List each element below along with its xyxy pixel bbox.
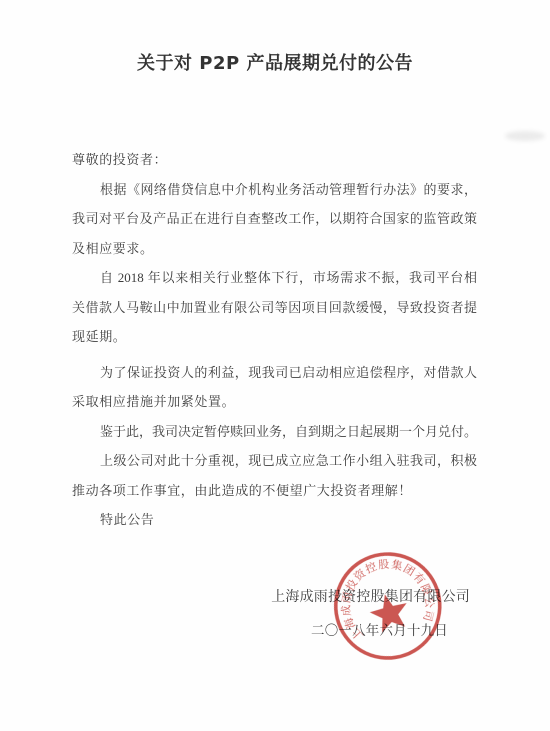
document-title: 关于对 P2P 产品展期兑付的公告 [0,0,550,75]
company-seal: 上海成雨投资控股集团有限公司 [309,527,467,687]
body-line: 为了保证投资人的利益，现我司已启动相应追偿程序，对借款人 [72,358,477,388]
document-body: 尊敬的投资者： 根据《网络借贷信息中介机构业务活动管理暂行办法》的要求， 我司对… [72,145,477,535]
body-line: 推动各项工作事宜，由此造成的不便望广大投资者理解！ [72,476,477,506]
body-line: 上级公司对此十分重视，现已成立应急工作小组入驻我司，积极 [72,446,477,476]
body-line: 根据《网络借贷信息中介机构业务活动管理暂行办法》的要求， [72,175,477,205]
body-line: 现延期。 [72,322,477,352]
body-line: 关借款人马鞍山中加置业有限公司等因项目回款缓慢，导致投资者提 [72,293,477,323]
body-line: 我司对平台及产品正在进行自查整改工作，以期符合国家的监管政策 [72,204,477,234]
closing-line: 特此公告 [72,505,477,535]
body-line: 及相应要求。 [72,234,477,264]
body-line: 采取相应措施并加紧处置。 [72,387,477,417]
body-line: 自 2018 年以来相关行业整体下行，市场需求不振，我司平台相 [72,263,477,293]
scan-artifact-smudge [505,131,545,141]
salutation-line: 尊敬的投资者： [72,145,477,175]
body-line: 鉴于此，我司决定暂停赎回业务，自到期之日起展期一个月兑付。 [72,417,477,447]
star-icon [366,590,412,634]
scanned-announcement-page: 关于对 P2P 产品展期兑付的公告 尊敬的投资者： 根据《网络借贷信息中介机构业… [0,0,550,731]
